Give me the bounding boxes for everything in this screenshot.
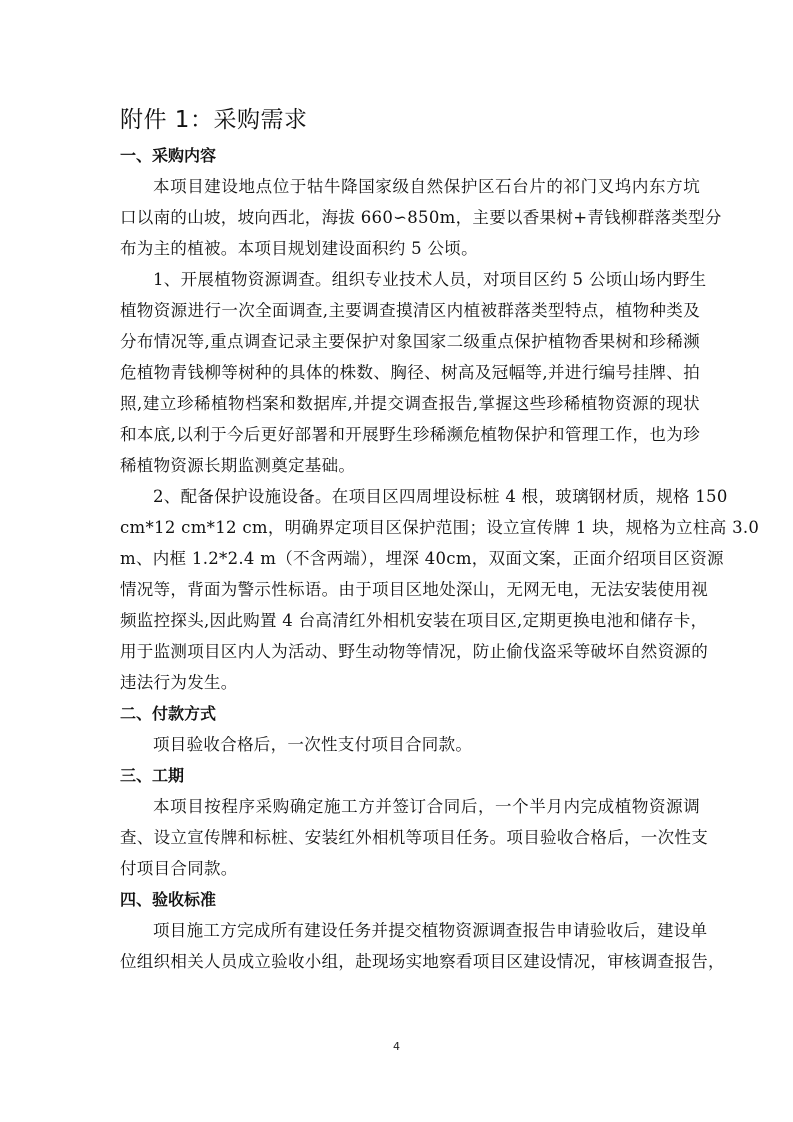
text-line: 查、设立宣传牌和标桩、安装红外相机等项目任务。项目验收合格后，一次性支 [120, 822, 700, 853]
text-line: 和本底,以利于今后更好部署和开展野生珍稀濒危植物保护和管理工作，也为珍 [120, 419, 700, 450]
body-paragraph: 1、开展植物资源调查。组织专业技术人员，对项目区约 5 公顷山场内野生植物资源进… [120, 264, 700, 481]
text-line: m、内框 1.2*2.4 m（不含两端），埋深 40cm，双面文案，正面介绍项目… [120, 543, 700, 574]
text-line: 2、配备保护设施设备。在项目区四周埋设标桩 4 根，玻璃钢材质，规格 150 [120, 481, 700, 512]
body-paragraph: 本项目按程序采购确定施工方并签订合同后，一个半月内完成植物资源调查、设立宣传牌和… [120, 791, 700, 884]
text-line: cm*12 cm*12 cm，明确界定项目区保护范围；设立宣传牌 1 块，规格为… [120, 512, 700, 543]
document-page: 附件 1：采购需求 一、采购内容本项目建设地点位于牯牛降国家级自然保护区石台片的… [0, 0, 793, 1122]
text-line: 危植物青钱柳等树种的具体的株数、胸径、树高及冠幅等,并进行编号挂牌、拍 [120, 357, 700, 388]
text-line: 本项目建设地点位于牯牛降国家级自然保护区石台片的祁门叉坞内东方坑 [120, 171, 700, 202]
body-paragraph: 2、配备保护设施设备。在项目区四周埋设标桩 4 根，玻璃钢材质，规格 150cm… [120, 481, 700, 698]
section-heading: 三、工期 [120, 760, 700, 791]
text-line: 用于监测项目区内人为活动、野生动物等情况，防止偷伐盗采等破坏自然资源的 [120, 636, 700, 667]
body-paragraph: 项目施工方完成所有建设任务并提交植物资源调查报告申请验收后，建设单位组织相关人员… [120, 915, 700, 977]
section-heading: 二、付款方式 [120, 698, 700, 729]
text-line: 本项目按程序采购确定施工方并签订合同后，一个半月内完成植物资源调 [120, 791, 700, 822]
text-line: 位组织相关人员成立验收小组，赴现场实地察看项目区建设情况，审核调查报告， [120, 946, 700, 977]
text-line: 植物资源进行一次全面调查,主要调查摸清区内植被群落类型特点，植物种类及 [120, 295, 700, 326]
text-line: 违法行为发生。 [120, 667, 700, 698]
page-title: 附件 1：采购需求 [120, 100, 700, 140]
text-line: 付项目合同款。 [120, 853, 700, 884]
body-paragraph: 项目验收合格后，一次性支付项目合同款。 [120, 729, 700, 760]
page-number: 4 [0, 1040, 793, 1053]
section-heading: 四、验收标准 [120, 884, 700, 915]
section-heading: 一、采购内容 [120, 140, 700, 171]
text-line: 项目验收合格后，一次性支付项目合同款。 [120, 729, 700, 760]
text-line: 分布情况等,重点调查记录主要保护对象国家二级重点保护植物香果树和珍稀濒 [120, 326, 700, 357]
text-line: 1、开展植物资源调查。组织专业技术人员，对项目区约 5 公顷山场内野生 [120, 264, 700, 295]
text-line: 情况等，背面为警示性标语。由于项目区地处深山，无网无电，无法安装使用视 [120, 574, 700, 605]
body-paragraph: 本项目建设地点位于牯牛降国家级自然保护区石台片的祁门叉坞内东方坑口以南的山坡，坡… [120, 171, 700, 264]
text-line: 稀植物资源长期监测奠定基础。 [120, 450, 700, 481]
text-line: 频监控探头,因此购置 4 台高清红外相机安装在项目区,定期更换电池和储存卡， [120, 605, 700, 636]
text-line: 项目施工方完成所有建设任务并提交植物资源调查报告申请验收后，建设单 [120, 915, 700, 946]
text-line: 口以南的山坡，坡向西北，海拔 660∽850m，主要以香果树+青钱柳群落类型分 [120, 202, 700, 233]
text-line: 照,建立珍稀植物档案和数据库,并提交调查报告,掌握这些珍稀植物资源的现状 [120, 388, 700, 419]
text-line: 布为主的植被。本项目规划建设面积约 5 公顷。 [120, 233, 700, 264]
sections-container: 一、采购内容本项目建设地点位于牯牛降国家级自然保护区石台片的祁门叉坞内东方坑口以… [120, 140, 700, 977]
document-body: 附件 1：采购需求 一、采购内容本项目建设地点位于牯牛降国家级自然保护区石台片的… [120, 100, 700, 977]
